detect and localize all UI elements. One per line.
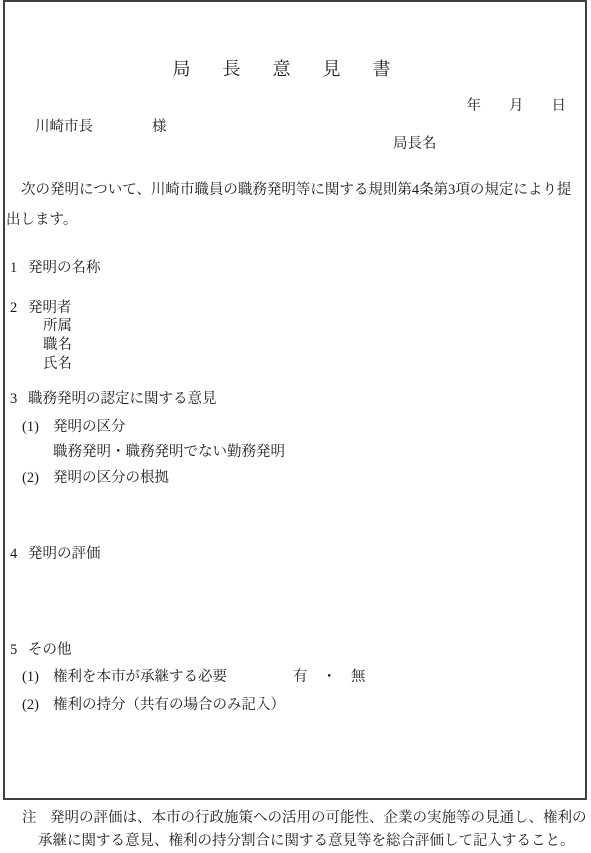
section-3-item-2-no: (2) (22, 469, 39, 487)
section-2-number: 2 (10, 299, 17, 317)
note-line-1: 発明の評価は、本市の行政施策への活用の可能性、企業の実施等の見通し、権利の (50, 809, 587, 827)
section-5-item-1-label: 権利を本市が承継する必要 (53, 668, 227, 686)
year-label: 年 (467, 98, 482, 114)
section-3-title: 職務発明の認定に関する意見 (28, 390, 217, 408)
section-3-item-2-label: 発明の区分の根拠 (53, 469, 169, 487)
recipient-name: 川崎市長 (35, 119, 93, 135)
section-5-title: その他 (28, 641, 72, 659)
recipient-line: 川崎市長様 (35, 118, 167, 136)
section-1-number: 1 (10, 259, 17, 277)
day-label: 日 (552, 98, 567, 114)
sender-label: 局長名 (393, 135, 437, 153)
recipient-honorific: 様 (152, 119, 167, 135)
section-4-title: 発明の評価 (28, 545, 101, 563)
section-5-number: 5 (10, 641, 17, 659)
section-1-title: 発明の名称 (28, 259, 101, 277)
section-3-item-1-label: 発明の区分 (53, 418, 126, 436)
note-line-2: 承継に関する意見、権利の持分割合に関する意見等を総合評価して記入すること。 (38, 832, 575, 850)
section-2-title: 発明者 (28, 299, 72, 317)
document-page: 局 長 意 見 書 年月日 川崎市長様 局長名 次の発明について、川崎市職員の職… (0, 0, 591, 853)
field-affiliation: 所属 (43, 317, 72, 335)
section-3-item-1-value: 職務発明・職務発明でない勤務発明 (53, 443, 285, 461)
section-5-item-2-label: 権利の持分（共有の場合のみ記入） (53, 696, 285, 714)
month-label: 月 (509, 98, 524, 114)
field-job-title: 職名 (43, 336, 72, 354)
section-5-item-1-options: 有 ・ 無 (293, 668, 366, 686)
section-5-item-2-no: (2) (22, 696, 39, 714)
section-5-item-1-no: (1) (22, 668, 39, 686)
document-title: 局 長 意 見 書 (0, 58, 570, 80)
intro-line-2: 出します。 (6, 211, 77, 229)
intro-line-1: 次の発明について、川崎市職員の職務発明等に関する規則第4条第3項の規定により提 (6, 181, 585, 199)
date-line: 年月日 (467, 97, 567, 115)
section-3-item-1-no: (1) (22, 418, 39, 436)
section-3-number: 3 (10, 390, 17, 408)
note-marker: 注 (22, 809, 37, 827)
section-4-number: 4 (10, 545, 17, 563)
field-name: 氏名 (43, 355, 72, 373)
